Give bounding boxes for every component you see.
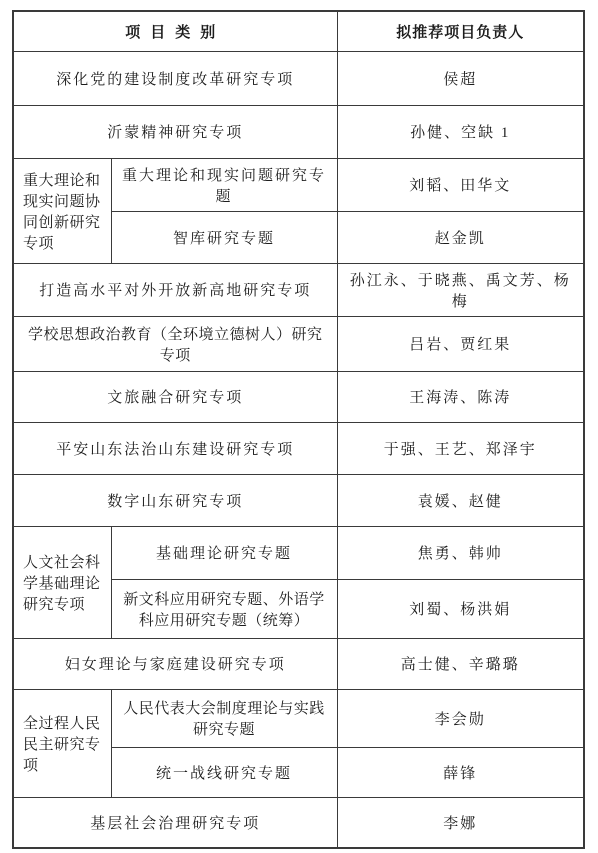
category-cell: 数字山东研究专项 (13, 474, 337, 526)
table-row: 打造高水平对外开放新高地研究专项 孙江永、于晓燕、禹文芳、杨梅 (13, 263, 584, 316)
leaders-cell: 高士健、辛璐璐 (337, 638, 584, 689)
leaders-cell: 吕岩、贾红果 (337, 316, 584, 371)
table-row: 重大理论和 现实问题协 同创新研究 专项 重大理论和现实问题研究专题 刘韬、田华… (13, 158, 584, 211)
category-cell: 学校思想政治教育（全环境立德树人）研究 专项 (13, 316, 337, 371)
category-cell: 沂蒙精神研究专项 (13, 105, 337, 158)
group-category-cell: 人文社会科 学基础理论 研究专项 (13, 526, 111, 638)
table-row: 学校思想政治教育（全环境立德树人）研究 专项 吕岩、贾红果 (13, 316, 584, 371)
table-row: 数字山东研究专项 袁媛、赵健 (13, 474, 584, 526)
leaders-cell: 赵金凯 (337, 211, 584, 263)
leaders-cell: 袁媛、赵健 (337, 474, 584, 526)
document-page: 项目类别 拟推荐项目负责人 深化党的建设制度改革研究专项 侯超 沂蒙精神研究专项… (0, 0, 598, 853)
header-category: 项目类别 (13, 11, 337, 51)
table-row: 人文社会科 学基础理论 研究专项 基础理论研究专题 焦勇、韩帅 (13, 526, 584, 579)
category-cell: 打造高水平对外开放新高地研究专项 (13, 263, 337, 316)
table-row: 妇女理论与家庭建设研究专项 高士健、辛璐璐 (13, 638, 584, 689)
subcategory-cell: 基础理论研究专题 (111, 526, 337, 579)
leaders-cell: 焦勇、韩帅 (337, 526, 584, 579)
group-category-cell: 全过程人民 民主研究专 项 (13, 689, 111, 797)
leaders-cell: 侯超 (337, 51, 584, 105)
table-row: 文旅融合研究专项 王海涛、陈涛 (13, 371, 584, 422)
header-leaders: 拟推荐项目负责人 (337, 11, 584, 51)
subcategory-cell: 人民代表大会制度理论与实践 研究专题 (111, 689, 337, 747)
table-row: 沂蒙精神研究专项 孙健、空缺 1 (13, 105, 584, 158)
group-category-cell: 重大理论和 现实问题协 同创新研究 专项 (13, 158, 111, 263)
header-row: 项目类别 拟推荐项目负责人 (13, 11, 584, 51)
subcategory-cell: 智库研究专题 (111, 211, 337, 263)
category-cell: 基层社会治理研究专项 (13, 797, 337, 848)
leaders-cell: 薛锋 (337, 747, 584, 797)
leaders-cell: 李会勋 (337, 689, 584, 747)
subcategory-cell: 统一战线研究专题 (111, 747, 337, 797)
category-cell: 深化党的建设制度改革研究专项 (13, 51, 337, 105)
leaders-cell: 孙健、空缺 1 (337, 105, 584, 158)
category-cell: 平安山东法治山东建设研究专项 (13, 422, 337, 474)
table-row: 深化党的建设制度改革研究专项 侯超 (13, 51, 584, 105)
leaders-cell: 于强、王艺、郑泽宇 (337, 422, 584, 474)
table-row: 全过程人民 民主研究专 项 人民代表大会制度理论与实践 研究专题 李会勋 (13, 689, 584, 747)
subcategory-cell: 重大理论和现实问题研究专题 (111, 158, 337, 211)
project-table: 项目类别 拟推荐项目负责人 深化党的建设制度改革研究专项 侯超 沂蒙精神研究专项… (12, 10, 585, 849)
category-cell: 妇女理论与家庭建设研究专项 (13, 638, 337, 689)
leaders-cell: 李娜 (337, 797, 584, 848)
subcategory-cell: 新文科应用研究专题、外语学 科应用研究专题（统筹） (111, 579, 337, 638)
leaders-cell: 刘韬、田华文 (337, 158, 584, 211)
table-row: 平安山东法治山东建设研究专项 于强、王艺、郑泽宇 (13, 422, 584, 474)
category-cell: 文旅融合研究专项 (13, 371, 337, 422)
leaders-cell: 刘蜀、杨洪娟 (337, 579, 584, 638)
leaders-cell: 孙江永、于晓燕、禹文芳、杨梅 (337, 263, 584, 316)
leaders-cell: 王海涛、陈涛 (337, 371, 584, 422)
table-row: 基层社会治理研究专项 李娜 (13, 797, 584, 848)
